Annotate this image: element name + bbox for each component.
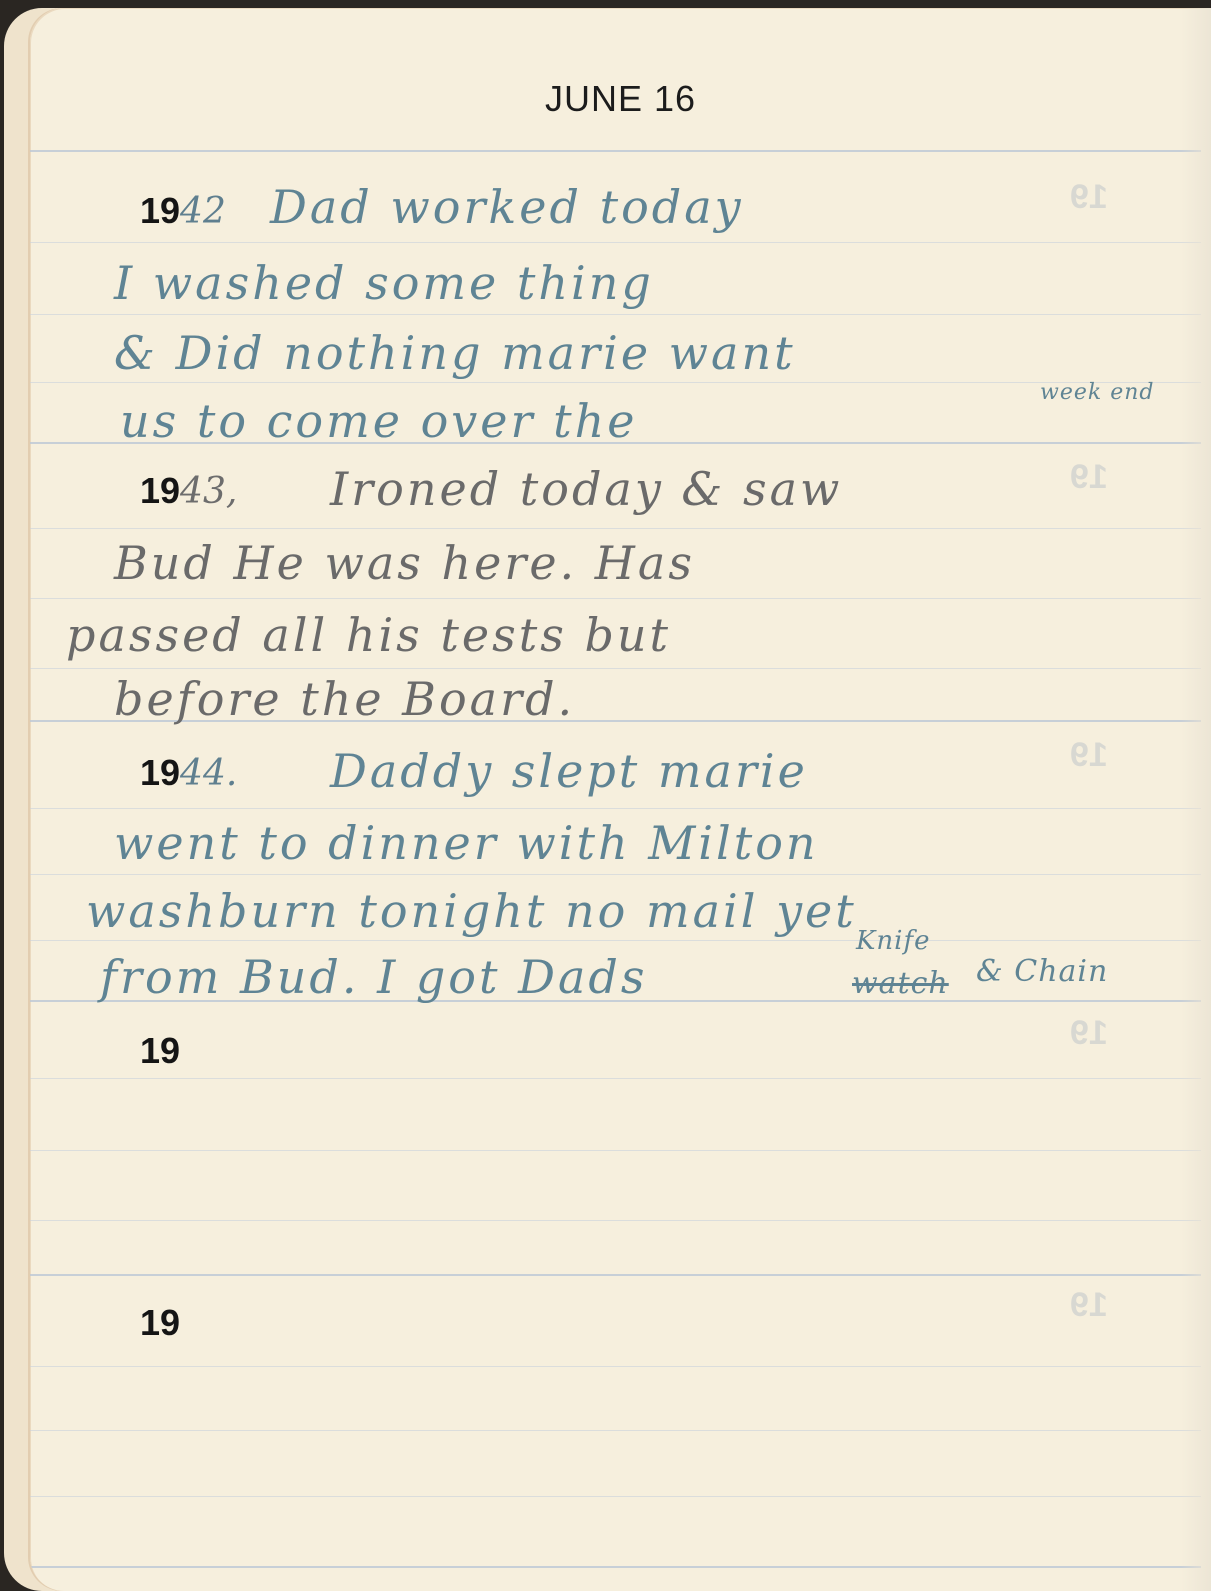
year-prefix: 19 xyxy=(140,1030,180,1071)
entry-year: 1942 xyxy=(140,190,226,232)
rule-line xyxy=(30,1220,1201,1221)
year-prefix: 19 xyxy=(140,1302,180,1343)
rule-line xyxy=(30,874,1201,875)
entry-line: Ironed today & saw xyxy=(330,462,842,516)
entry-year: 19 xyxy=(140,1030,180,1072)
diary-page: JUNE 16 19 19 19 19 19 1942 Dad worked t… xyxy=(30,8,1211,1591)
show-through-year: 19 xyxy=(1070,736,1108,775)
rule-line xyxy=(30,314,1201,315)
show-through-year: 19 xyxy=(1070,178,1108,217)
rule-line xyxy=(30,808,1201,809)
rule-line xyxy=(30,940,1201,941)
rule-line xyxy=(30,1274,1201,1276)
entry-line: & Chain xyxy=(976,954,1108,989)
year-suffix: 44. xyxy=(180,753,237,794)
entry-year: 1944. xyxy=(140,752,237,794)
rule-line xyxy=(30,382,1201,383)
entry-year: 19 xyxy=(140,1302,180,1344)
entry-line-struck: watch xyxy=(852,966,949,1001)
rule-line xyxy=(30,528,1201,529)
rule-line xyxy=(30,668,1201,669)
entry-line: from Bud. I got Dads xyxy=(100,950,647,1004)
entry-line: passed all his tests but xyxy=(66,608,671,662)
year-suffix: 43, xyxy=(180,471,237,512)
rule-line xyxy=(30,1566,1201,1568)
year-prefix: 19 xyxy=(140,470,180,511)
entry-line-insert: week end xyxy=(1040,380,1154,405)
entry-line: Dad worked today xyxy=(270,180,744,234)
show-through-year: 19 xyxy=(1070,1286,1108,1325)
year-prefix: 19 xyxy=(140,190,180,231)
rule-line xyxy=(30,1496,1201,1497)
rule-line xyxy=(30,1366,1201,1367)
entry-line: before the Board. xyxy=(114,672,575,726)
entry-line-insert: Knife xyxy=(856,926,931,956)
rule-line xyxy=(30,242,1201,243)
rule-line xyxy=(30,1430,1201,1431)
entry-line: I washed some thing xyxy=(114,256,654,310)
year-prefix: 19 xyxy=(140,752,180,793)
rule-line xyxy=(30,150,1201,152)
page-date-heading: JUNE 16 xyxy=(30,78,1211,120)
entry-line: Daddy slept marie xyxy=(330,744,808,798)
show-through-year: 19 xyxy=(1070,458,1108,497)
year-suffix: 42 xyxy=(180,191,226,232)
entry-line: Bud He was here. Has xyxy=(114,536,695,590)
entry-year: 1943, xyxy=(140,470,237,512)
entry-line: & Did nothing marie want xyxy=(114,326,796,380)
entry-line: washburn tonight no mail yet xyxy=(86,884,857,938)
rule-line xyxy=(30,1078,1201,1079)
rule-line xyxy=(30,598,1201,599)
entry-line: went to dinner with Milton xyxy=(114,816,819,870)
show-through-year: 19 xyxy=(1070,1014,1108,1053)
entry-line: us to come over the xyxy=(120,394,637,448)
rule-line xyxy=(30,1150,1201,1151)
